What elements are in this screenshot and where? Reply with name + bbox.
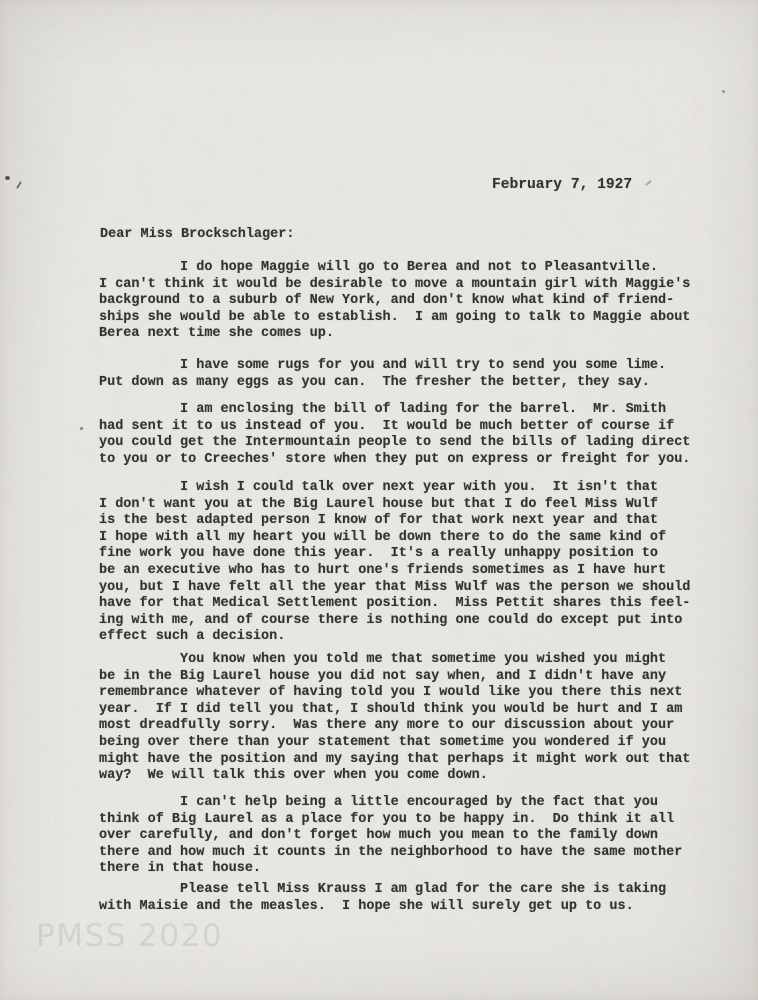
- letter-paragraph: You know when you told me that sometime …: [99, 652, 690, 785]
- letter-paragraph: I have some rugs for you and will try to…: [99, 358, 666, 391]
- letter-paragraph: I am enclosing the bill of lading for th…: [99, 402, 690, 468]
- paper-speck: [5, 176, 10, 180]
- paper-speck: [722, 90, 725, 93]
- letter-date: February 7, 1927: [492, 177, 632, 194]
- letter-paragraph: I do hope Maggie will go to Berea and no…: [99, 260, 690, 343]
- paper-speck: [645, 180, 652, 186]
- paper-speck: [16, 181, 22, 189]
- pmss-archive-watermark: PMSS 2020: [36, 918, 223, 954]
- paper-speck: [80, 427, 83, 430]
- letter-paragraph: I can't help being a little encouraged b…: [99, 795, 682, 878]
- letter-paragraph: Please tell Miss Krauss I am glad for th…: [99, 882, 666, 915]
- scanned-letter-page: February 7, 1927 Dear Miss Brockschlager…: [0, 0, 758, 1000]
- letter-salutation: Dear Miss Brockschlager:: [100, 227, 294, 244]
- letter-paragraph: I wish I could talk over next year with …: [99, 480, 690, 646]
